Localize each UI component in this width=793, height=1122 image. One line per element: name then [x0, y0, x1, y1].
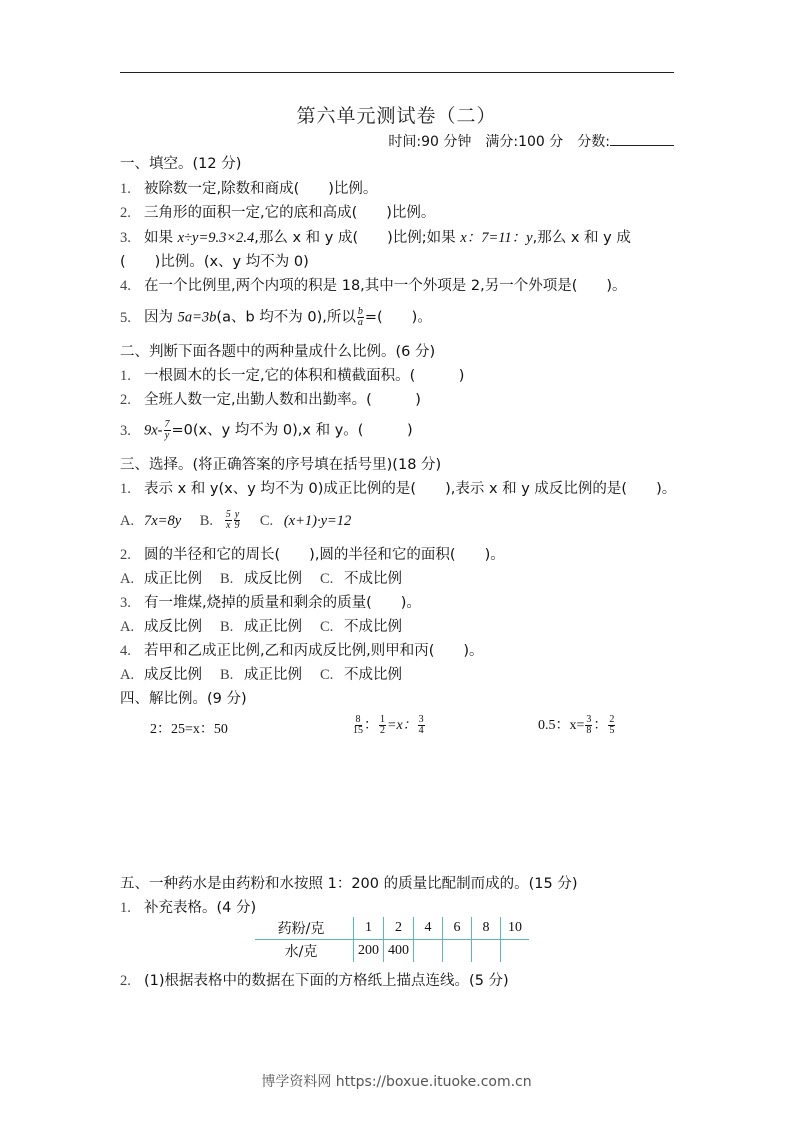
- s3-q3: 3.有一堆煤,烧掉的质量和剩余的质量( )。: [120, 593, 421, 613]
- header-rule: [120, 72, 674, 73]
- exam-score: 分数:: [577, 131, 674, 151]
- s3-q1: 1.表示 x 和 y(x、y 均不为 0)成正比例的是( ),表示 x 和 y …: [120, 479, 676, 499]
- section-1-heading: 一、填空。(12 分): [120, 154, 241, 174]
- s2-q3: 3.9x-7y=0(x、y 均不为 0),x 和 y。( ): [120, 420, 413, 441]
- answer-cell[interactable]: [443, 940, 472, 963]
- s2-q2: 2.全班人数一定,出勤人数和出勤率。( ): [120, 390, 421, 410]
- s3-q4: 4.若甲和乙成正比例,乙和丙成反比例,则甲和丙( )。: [120, 641, 484, 661]
- table-row: 水/克 200 400: [255, 940, 529, 963]
- s3-q2: 2.圆的半径和它的周长( ),圆的半径和它的面积( )。: [120, 545, 505, 565]
- s3-q4-options: A.成反比例B.成正比例C.不成比例: [120, 665, 416, 685]
- s5-q1: 1.补充表格。(4 分): [120, 898, 256, 918]
- s1-q5: 5.因为 5a=3b(a、b 均不为 0),所以ba=( )。: [120, 307, 432, 328]
- s1-q4: 4.在一个比例里,两个内项的积是 18,其中一个外项是 2,另一个外项是( )。: [120, 276, 627, 296]
- exam-full-score: 满分:100 分: [485, 131, 563, 151]
- s3-q1-options: A.7x=8y B.5xy9 C.(x+1)·y=12: [120, 510, 365, 531]
- section-4-heading: 四、解比例。(9 分): [120, 689, 247, 709]
- ratio-table: 药粉/克 1 2 4 6 8 10 水/克 200 400: [255, 917, 529, 962]
- score-blank[interactable]: [610, 131, 674, 146]
- option-b: B.5xy9: [200, 510, 241, 531]
- s2-q1: 1.一根圆木的长一定,它的体积和横截面积。( ): [120, 366, 464, 386]
- table-row: 药粉/克 1 2 4 6 8 10: [255, 917, 529, 940]
- fraction: ba: [357, 307, 364, 328]
- option-c: C.(x+1)·y=12: [260, 511, 351, 531]
- s5-q2: 2.(1)根据表格中的数据在下面的方格纸上描点连线。(5 分): [120, 971, 509, 991]
- footer-watermark: 博学资料网 https://boxue.ituoke.com.cn: [0, 1071, 793, 1091]
- s1-q3-cont: ( )比例。(x、y 均不为 0): [120, 252, 309, 272]
- option-a: A.7x=8y: [120, 511, 181, 531]
- equation-1: 2：25=x：50: [150, 718, 228, 738]
- answer-cell[interactable]: [472, 940, 501, 963]
- s3-q2-options: A.成正比例B.成反比例C.不成比例: [120, 569, 416, 589]
- section-5-heading: 五、一种药水是由药粉和水按照 1：200 的质量比配制而成的。(15 分): [120, 874, 578, 894]
- equation-2: 815：12=x：34: [352, 714, 426, 736]
- s1-q1: 1.被除数一定,除数和商成( )比例。: [120, 179, 377, 199]
- s3-q3-options: A.成反比例B.成正比例C.不成比例: [120, 617, 416, 637]
- answer-cell[interactable]: [501, 940, 530, 963]
- exam-time: 时间:90 分钟: [388, 131, 471, 151]
- exam-meta: 时间:90 分钟 满分:100 分 分数:: [388, 131, 674, 151]
- s1-q2: 2.三角形的面积一定,它的底和高成( )比例。: [120, 203, 435, 223]
- answer-cell[interactable]: [414, 940, 443, 963]
- page-title: 第六单元测试卷（二）: [0, 101, 793, 128]
- fraction: 7y: [164, 420, 171, 441]
- section-3-heading: 三、选择。(将正确答案的序号填在括号里)(18 分): [120, 455, 441, 475]
- equation-3: 0.5：x=38：25: [538, 714, 616, 736]
- section-2-heading: 二、判断下面各题中的两种量成什么比例。(6 分): [120, 342, 435, 362]
- s1-q3: 3.如果 x÷y=9.3×2.4,那么 x 和 y 成( )比例;如果 x：7=…: [120, 228, 631, 248]
